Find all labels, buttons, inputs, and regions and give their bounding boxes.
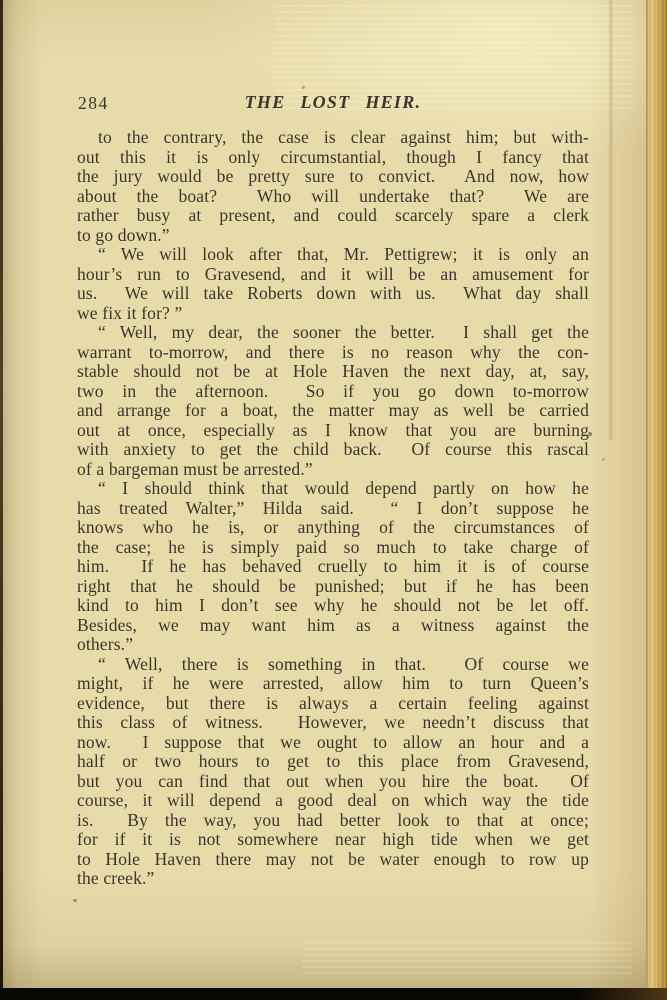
paper-speck: [588, 432, 592, 436]
book-scan: 284 THE LOST HEIR. to the contrary, the …: [0, 0, 667, 1000]
text-line: to the contrary, the case is clear again…: [77, 128, 589, 148]
text-line: now. I suppose that we ought to allow an…: [77, 733, 589, 753]
text-line: we fix it for? ”: [77, 304, 589, 324]
text-line: warrant to-morrow, and there is no reaso…: [77, 343, 589, 363]
page-header: 284 THE LOST HEIR.: [77, 92, 589, 116]
text-line: “ Well, there is something in that. Of c…: [77, 655, 589, 675]
text-line: him. If he has behaved cruelly to him it…: [77, 557, 589, 577]
text-line: us. We will take Roberts down with us. W…: [77, 284, 589, 304]
text-line: has treated Walter,” Hilda said. “ I don…: [77, 499, 589, 519]
text-line: “ I should think that would depend partl…: [77, 479, 589, 499]
scan-light-band: [302, 942, 632, 976]
text-line: to go down.”: [77, 226, 589, 246]
text-line: others.”: [77, 635, 589, 655]
text-line: “ Well, my dear, the sooner the better. …: [77, 323, 589, 343]
text-line: kind to him I don’t see why he should no…: [77, 596, 589, 616]
scan-gutter: [0, 988, 667, 1000]
page-text: to the contrary, the case is clear again…: [77, 128, 589, 889]
text-line: hour’s run to Gravesend, and it will be …: [77, 265, 589, 285]
text-line: this class of witness. However, we needn…: [77, 713, 589, 733]
text-line: out at once, especially as I know that y…: [77, 421, 589, 441]
text-line: out this it is only circumstantial, thou…: [77, 148, 589, 168]
text-line: two in the afternoon. So if you go down …: [77, 382, 589, 402]
text-line: right that he should be punished; but if…: [77, 577, 589, 597]
running-title: THE LOST HEIR.: [77, 92, 589, 113]
text-line: the creek.”: [77, 869, 589, 889]
text-line: might, if he were arrested, allow him to…: [77, 674, 589, 694]
text-line: half or two hours to get to this place f…: [77, 752, 589, 772]
text-line: and arrange for a boat, the matter may a…: [77, 401, 589, 421]
text-line: course, it will depend a good deal on wh…: [77, 791, 589, 811]
text-line: but you can find that out when you hire …: [77, 772, 589, 792]
text-line: the jury would be pretty sure to convict…: [77, 167, 589, 187]
text-line: about the boat? Who will undertake that?…: [77, 187, 589, 207]
text-line: to Hole Haven there may not be water eno…: [77, 850, 589, 870]
text-line: the case; he is simply paid so much to t…: [77, 538, 589, 558]
text-line: rather busy at present, and could scarce…: [77, 206, 589, 226]
text-line: “ We will look after that, Mr. Pettigrew…: [77, 245, 589, 265]
text-line: evidence, but there is always a certain …: [77, 694, 589, 714]
text-line: knows who he is, or anything of the circ…: [77, 518, 589, 538]
text-line: Besides, we may want him as a witness ag…: [77, 616, 589, 636]
paper-speck: [302, 86, 305, 89]
text-line: stable should not be at Hole Haven the n…: [77, 362, 589, 382]
text-line: is. By the way, you had better look to t…: [77, 811, 589, 831]
text-line: for if it is not somewhere near high tid…: [77, 830, 589, 850]
text-line: of a bargeman must be arrested.”: [77, 460, 589, 480]
text-line: with anxiety to get the child back. Of c…: [77, 440, 589, 460]
paper-speck: [73, 899, 77, 902]
page-edge-stack: [644, 0, 667, 990]
paper-speck: [602, 458, 605, 461]
book-page: 284 THE LOST HEIR. to the contrary, the …: [2, 0, 646, 990]
page-crease: [608, 0, 614, 440]
